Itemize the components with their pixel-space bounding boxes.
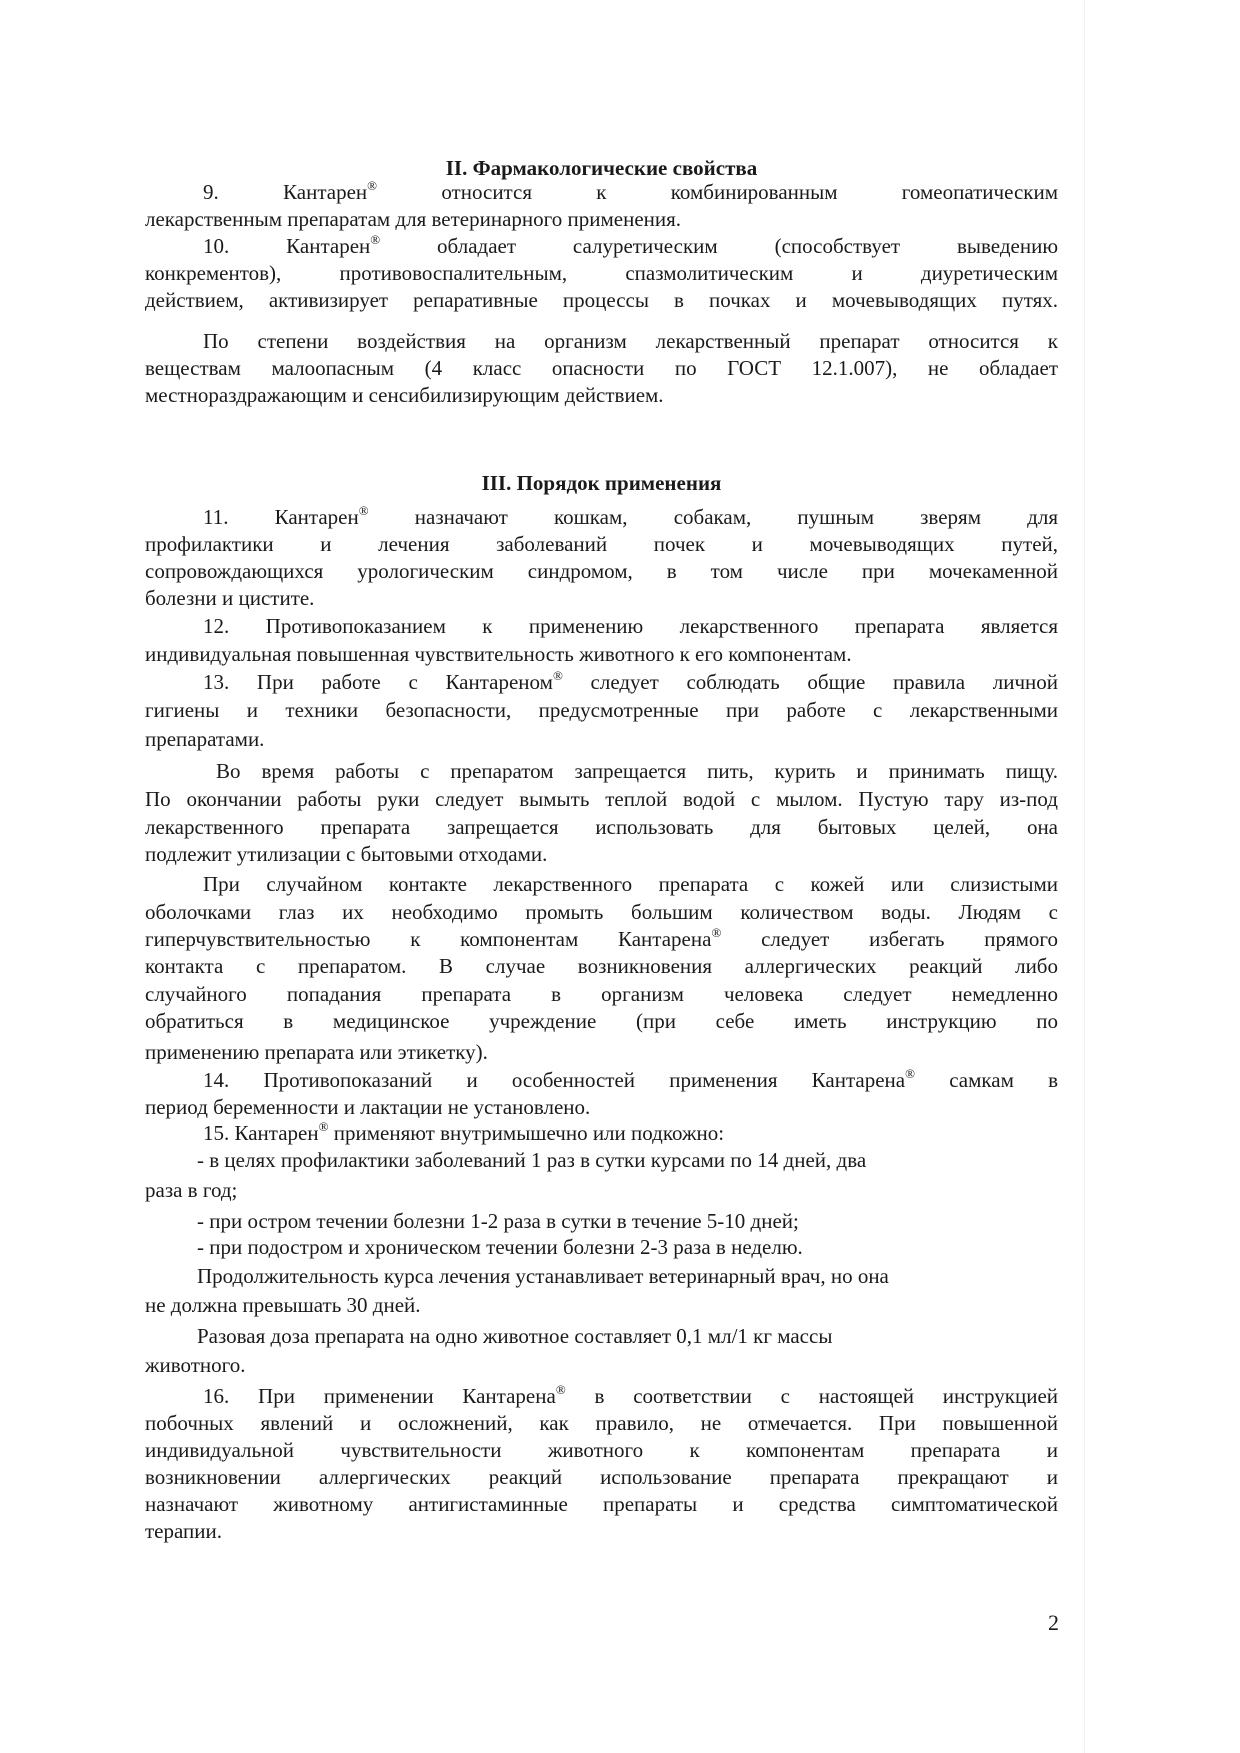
text-line: действием, активизирует репаративные про… bbox=[145, 288, 1058, 312]
text-line: возникновении аллергических реакций испо… bbox=[145, 1465, 1058, 1489]
text-line: болезни и цистите. bbox=[145, 586, 314, 610]
registered-trademark-symbol: ® bbox=[370, 232, 380, 247]
registered-trademark-symbol: ® bbox=[319, 1119, 329, 1134]
scan-page-edge bbox=[1084, 0, 1085, 1753]
text-line: подлежит утилизации с бытовыми отходами. bbox=[145, 842, 547, 866]
text-line: Продолжительность курса лечения устанавл… bbox=[197, 1264, 889, 1288]
text-line: оболочками глаз их необходимо промыть бо… bbox=[145, 900, 1058, 924]
text-line: 11. Кантарен® назначают кошкам, собакам,… bbox=[203, 505, 1058, 529]
text-line: 10. Кантарен® обладает салуретическим (с… bbox=[203, 234, 1058, 258]
text-line: 15. Кантарен® применяют внутримышечно ил… bbox=[203, 1121, 724, 1145]
text-line: индивидуальная повышенная чувствительнос… bbox=[145, 642, 852, 666]
text-line: При случайном контакте лекарственного пр… bbox=[203, 872, 1058, 896]
text-line: раза в год; bbox=[145, 1178, 237, 1202]
text-line: гиперчувствительностью к компонентам Кан… bbox=[145, 927, 1058, 951]
text-line: - при подостром и хроническом течении бо… bbox=[197, 1235, 803, 1259]
registered-trademark-symbol: ® bbox=[553, 668, 563, 683]
registered-trademark-symbol: ® bbox=[711, 925, 721, 940]
text-line: профилактики и лечения заболеваний почек… bbox=[145, 532, 1058, 556]
text-line: Во время работы с препаратом запрещается… bbox=[216, 759, 1058, 783]
registered-trademark-symbol: ® bbox=[359, 503, 369, 518]
registered-trademark-symbol: ® bbox=[367, 178, 377, 193]
text-line: 16. При применении Кантарена® в соответс… bbox=[203, 1384, 1058, 1408]
text-line: 12. Противопоказанием к применению лекар… bbox=[203, 614, 1058, 638]
text-line: гигиены и техники безопасности, предусмо… bbox=[145, 698, 1058, 722]
text-line: лекарственным препаратам для ветеринарно… bbox=[145, 207, 681, 231]
text-line: терапии. bbox=[145, 1519, 222, 1543]
text-line: животного. bbox=[145, 1353, 246, 1377]
text-line: местнораздражающим и сенсибилизирующим д… bbox=[145, 383, 664, 407]
text-line: По окончании работы руки следует вымыть … bbox=[145, 787, 1058, 811]
text-line: индивидуальной чувствительности животног… bbox=[145, 1438, 1058, 1462]
section-heading-usage-procedure: III. Порядок применения bbox=[145, 471, 1058, 495]
text-line: препаратами. bbox=[145, 727, 264, 751]
text-line: По степени воздействия на организм лекар… bbox=[203, 329, 1058, 353]
text-line: контакта с препаратом. В случае возникно… bbox=[145, 954, 1058, 978]
section-heading-pharmacological-properties: II. Фармакологические свойства bbox=[145, 156, 1058, 180]
text-line: - в целях профилактики заболеваний 1 раз… bbox=[197, 1148, 866, 1172]
text-line: обратиться в медицинское учреждение (при… bbox=[145, 1009, 1058, 1033]
text-line: лекарственного препарата запрещается исп… bbox=[145, 815, 1058, 839]
registered-trademark-symbol: ® bbox=[905, 1066, 915, 1081]
text-line: веществам малоопасным (4 класс опасности… bbox=[145, 356, 1058, 380]
text-line: назначают животному антигистаминные преп… bbox=[145, 1492, 1058, 1516]
text-line: побочных явлений и осложнений, как прави… bbox=[145, 1411, 1058, 1435]
text-line: случайного попадания препарата в организ… bbox=[145, 982, 1058, 1006]
page-number: 2 bbox=[1048, 1610, 1059, 1636]
text-line: 14. Противопоказаний и особенностей прим… bbox=[203, 1068, 1058, 1092]
text-line: период беременности и лактации не устано… bbox=[145, 1095, 590, 1119]
text-line: - при остром течении болезни 1-2 раза в … bbox=[197, 1209, 799, 1233]
text-line: не должна превышать 30 дней. bbox=[145, 1293, 421, 1317]
text-line: 13. При работе с Кантареном® следует соб… bbox=[203, 670, 1058, 694]
text-line: сопровождающихся урологическим синдромом… bbox=[145, 559, 1058, 583]
registered-trademark-symbol: ® bbox=[556, 1382, 566, 1397]
text-line: применению препарата или этикетку). bbox=[145, 1040, 488, 1064]
text-line: 9. Кантарен® относится к комбинированным… bbox=[203, 180, 1058, 204]
text-line: конкрементов), противовоспалительным, сп… bbox=[145, 261, 1058, 285]
text-line: Разовая доза препарата на одно животное … bbox=[197, 1324, 832, 1348]
